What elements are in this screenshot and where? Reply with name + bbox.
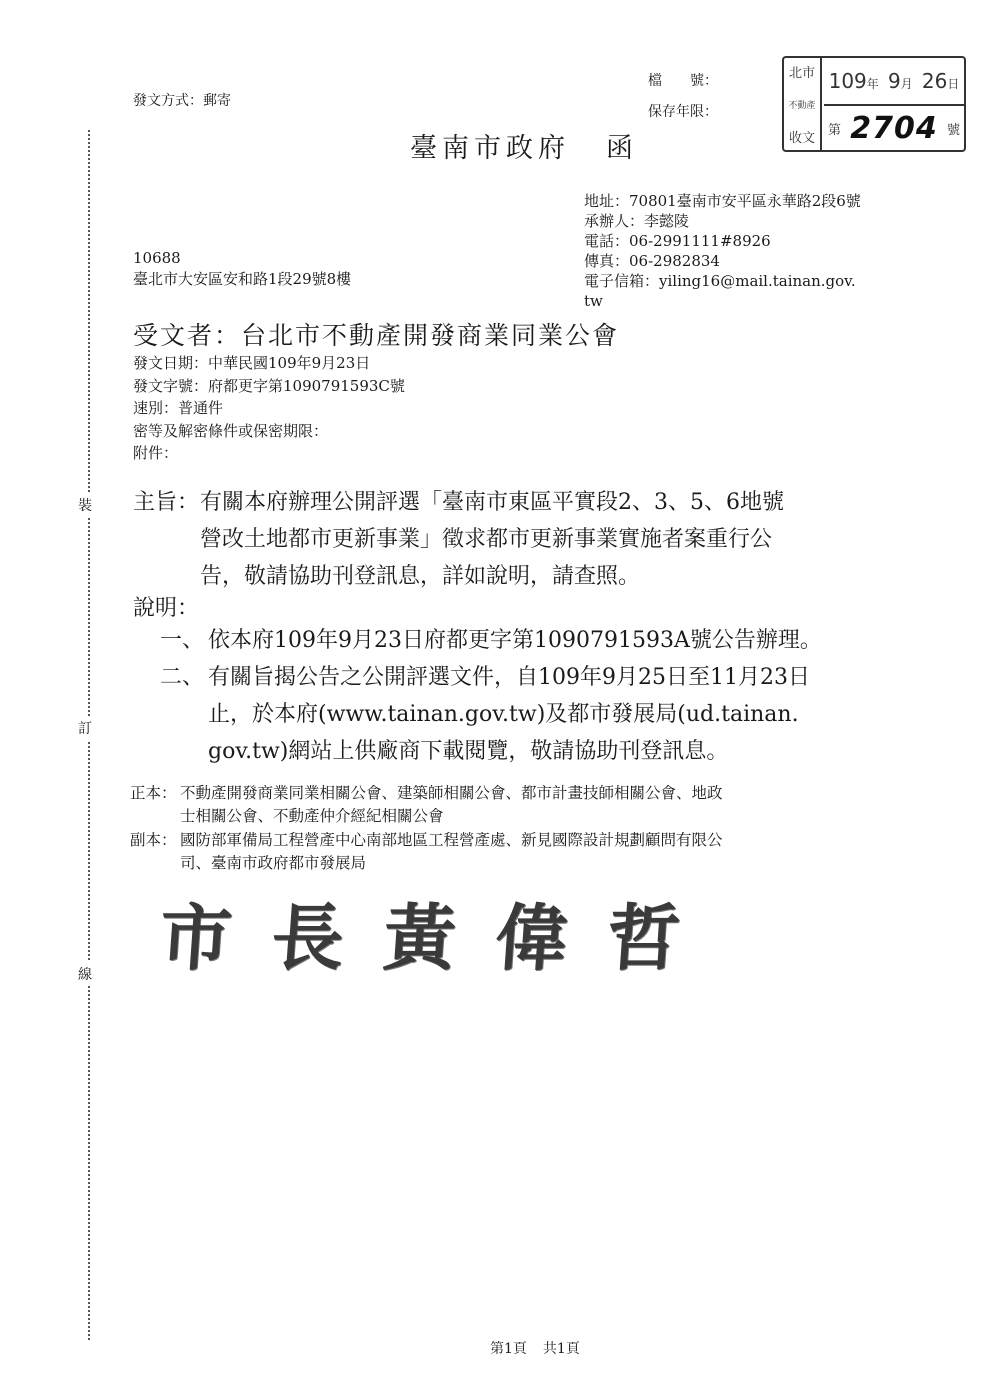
- stamp-month-unit: 月: [901, 77, 913, 91]
- sender-address: 地址：70801臺南市安平區永華路2段6號: [584, 191, 861, 211]
- sender-email-line1: 電子信箱：yiling16@mail.tainan.gov.: [584, 271, 861, 291]
- stamp-org-line2: 不動產: [788, 98, 815, 111]
- subject-line: 有關本府辦理公開評選「臺南市東區平實段2、3、5、6地號: [200, 484, 784, 521]
- binding-mark-xian: 線: [78, 962, 92, 986]
- subject-label: 主旨：: [133, 484, 199, 521]
- page-title: 臺南市政府函: [410, 126, 638, 165]
- stamp-date: 109年 9月 26日: [824, 58, 964, 106]
- cc-recipients-line: 司、臺南市政府都市發展局: [180, 852, 723, 875]
- delivery-method: 發文方式：郵寄: [133, 90, 231, 110]
- original-recipients: 不動產開發商業同業相關公會、建築師相關公會、都市計畫技師相關公會、地政 士相關公…: [180, 782, 723, 828]
- title-org: 臺南市政府: [410, 133, 570, 164]
- recipient-street-address: 臺北市大安區安和路1段29號8樓: [133, 269, 351, 290]
- signature-char: 偉: [492, 880, 571, 984]
- page-total: 共1頁: [543, 1341, 580, 1357]
- stamp-year: 109: [829, 69, 867, 93]
- recipient-address: 10688 臺北市大安區安和路1段29號8樓: [133, 248, 351, 290]
- sender-handler: 承辦人：李懿陵: [584, 211, 861, 231]
- stamp-no-suffix: 號: [947, 119, 960, 138]
- explanation-line: 依本府109年9月23日府都更字第1090791593A號公告辦理。: [208, 622, 822, 659]
- explanation-line: gov.tw)網站上供廠商下載閱覽，敬請協助刊登訊息。: [208, 733, 810, 770]
- sender-info: 地址：70801臺南市安平區永華路2段6號 承辦人：李懿陵 電話：06-2991…: [584, 191, 861, 311]
- cc-recipients-line: 國防部軍備局工程營產中心南部地區工程營產處、新見國際設計規劃顧問有限公: [180, 829, 723, 852]
- stamp-org-line3: 收文: [789, 127, 815, 146]
- stamp-day: 26: [922, 69, 947, 93]
- signature-char: 黃: [380, 880, 459, 984]
- stamp-day-unit: 日: [947, 77, 959, 91]
- subject-body: 有關本府辦理公開評選「臺南市東區平實段2、3、5、6地號 營改土地都市更新事業」…: [200, 484, 784, 595]
- retention-label: 保存年限：: [648, 101, 718, 121]
- original-recipients-line: 士相關公會、不動產仲介經紀相關公會: [180, 805, 723, 828]
- stamp-month: 9: [888, 69, 901, 93]
- document-number: 發文字號：府都更字第1090791593C號: [133, 375, 405, 398]
- document-meta: 發文日期：中華民國109年9月23日 發文字號：府都更字第1090791593C…: [133, 352, 405, 465]
- attachment: 附件：: [133, 442, 405, 465]
- signature-char: 哲: [604, 880, 683, 984]
- stamp-year-unit: 年: [867, 77, 879, 91]
- stamp-org-line1: 北市: [789, 62, 815, 81]
- cc-recipients: 國防部軍備局工程營產中心南部地區工程營產處、新見國際設計規劃顧問有限公 司、臺南…: [180, 829, 723, 875]
- stamp-receipt-number: 第 2704 號: [824, 106, 964, 150]
- explanation-line: 有關旨揭公告之公開評選文件，自109年9月25日至11月23日: [208, 659, 810, 696]
- recipient-postal-code: 10688: [133, 248, 351, 269]
- explanation-item-1: 依本府109年9月23日府都更字第1090791593A號公告辦理。: [208, 622, 822, 659]
- delivery-method-value: 郵寄: [203, 93, 231, 109]
- mayor-signature: 市 長 黃 偉 哲: [160, 880, 680, 984]
- original-recipients-label: 正本：: [130, 782, 177, 805]
- page-number: 第1頁: [490, 1341, 527, 1357]
- signature-char: 市: [156, 880, 235, 984]
- subject-line: 營改土地都市更新事業」徵求都市更新事業實施者案重行公: [200, 521, 784, 558]
- subject-line: 告，敬請協助刊登訊息，詳如說明，請查照。: [200, 558, 784, 595]
- binding-mark-ding: 訂: [78, 716, 92, 740]
- sender-phone: 電話：06-2991111#8926: [584, 231, 861, 251]
- explanation-item-2: 有關旨揭公告之公開評選文件，自109年9月25日至11月23日 止，於本府(ww…: [208, 659, 810, 770]
- delivery-method-label: 發文方式：: [133, 93, 203, 109]
- issue-date: 發文日期：中華民國109年9月23日: [133, 352, 405, 375]
- page-footer: 第1頁共1頁: [490, 1338, 580, 1358]
- title-type: 函: [606, 133, 638, 164]
- file-number-label: 檔 號：: [648, 70, 718, 90]
- explanation-item-1-marker: 一、: [160, 622, 204, 659]
- priority: 速別：普通件: [133, 397, 405, 420]
- binding-mark-zhuang: 裝: [78, 493, 92, 517]
- explanation-line: 止，於本府(www.tainan.gov.tw)及都市發展局(ud.tainan…: [208, 696, 810, 733]
- cc-recipients-label: 副本：: [130, 829, 177, 852]
- sender-fax: 傳真：06-2982834: [584, 251, 861, 271]
- sender-email-line2: tw: [584, 291, 861, 311]
- stamp-number: 2704: [850, 111, 938, 146]
- recipient: 受文者：台北市不動產開發商業同業公會: [133, 316, 619, 352]
- stamp-org: 北市 不動產 收文: [784, 58, 822, 150]
- explanation-item-2-marker: 二、: [160, 659, 204, 696]
- classification: 密等及解密條件或保密期限：: [133, 420, 405, 443]
- stamp-no-prefix: 第: [828, 119, 841, 138]
- signature-char: 長: [268, 880, 347, 984]
- receipt-stamp: 北市 不動產 收文 109年 9月 26日 第 2704 號: [782, 56, 966, 152]
- original-recipients-line: 不動產開發商業同業相關公會、建築師相關公會、都市計畫技師相關公會、地政: [180, 782, 723, 805]
